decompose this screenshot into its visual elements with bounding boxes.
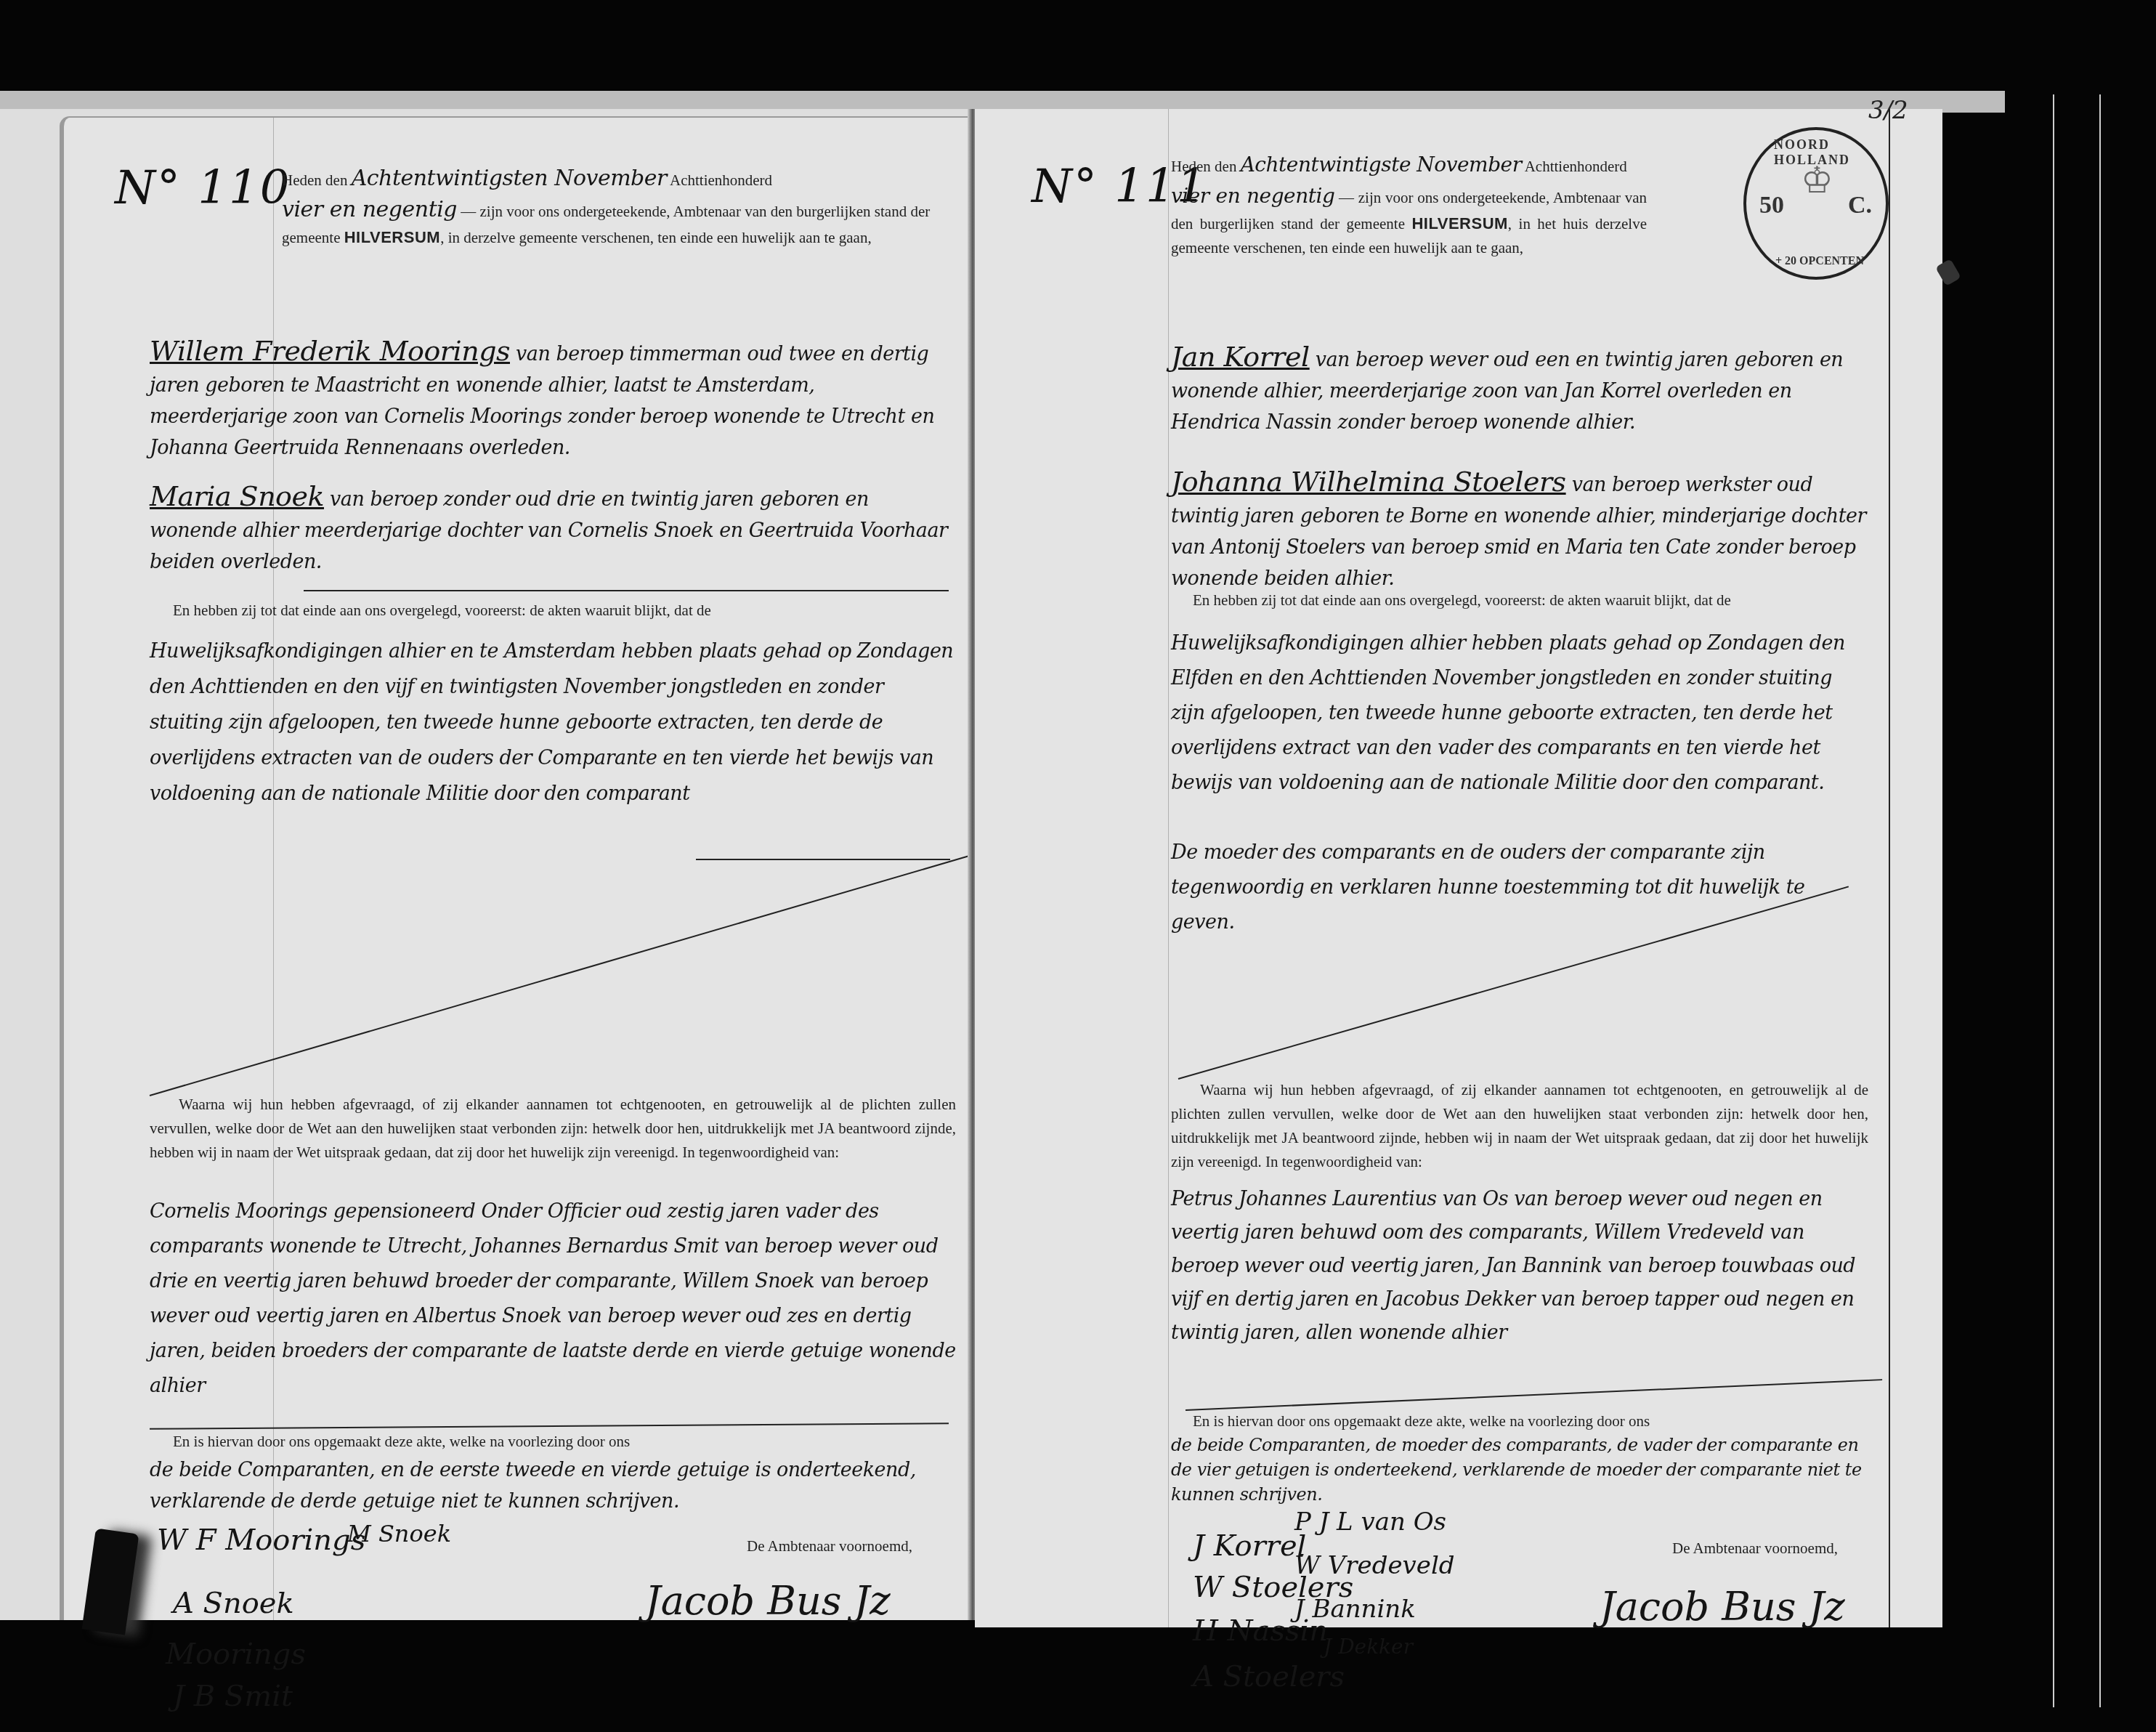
signature-witness-3: J Bannink (1294, 1595, 1416, 1624)
left-page: N° 110 Heden den Achtentwintigsten Novem… (60, 116, 971, 1620)
stamp-value: 50 (1759, 192, 1784, 219)
signature-groom: W F Moorings (157, 1523, 365, 1557)
bride-name: Maria Snoek (150, 480, 324, 512)
year-printed: Achttienhonderd (1525, 158, 1627, 175)
documents-handwritten: Huwelijksafkondigingen alhier en te Amst… (150, 634, 956, 812)
heden-den-label: Heden den (282, 171, 347, 189)
date-handwritten: Achtentwintigsten November (352, 166, 667, 191)
documents-intro: En hebben zij tot dat einde aan ons over… (173, 599, 957, 623)
year-handwritten: vier en negentig (282, 197, 457, 222)
tax-stamp: NOORD HOLLAND 50 C. + 20 OPCENTEN ♔ (1743, 127, 1889, 280)
closing-printed: En is hiervan door ons opgemaakt deze ak… (173, 1430, 957, 1454)
documents-intro: En hebben zij tot dat einde aan ons over… (1193, 588, 1868, 612)
stamp-unit: C. (1848, 192, 1872, 219)
bride-entry: Johanna Wilhelmina Stoelers van beroep w… (1171, 466, 1868, 594)
margin-rule (1168, 109, 1169, 1627)
cancel-line (1186, 1379, 1882, 1411)
municipality-stamp: HILVERSUM (344, 228, 440, 246)
closing-handwritten: de beide Comparanten, de moeder des comp… (1171, 1433, 1868, 1507)
official-signature: Jacob Bus Jz (645, 1578, 891, 1624)
line-filler (696, 859, 950, 860)
vows-text: Waarna wij hun hebben afgevraagd, of zij… (150, 1093, 956, 1165)
documents-handwritten: Huwelijksafkondigingen alhier hebben pla… (1171, 626, 1868, 801)
act-number: N° 110 (115, 161, 291, 215)
municipality-stamp: HILVERSUM (1411, 214, 1507, 232)
signature-witness-3: J B Smit (173, 1680, 293, 1713)
signature-bride-father: A Stoelers (1193, 1660, 1345, 1693)
signature-groom: J Korrel (1193, 1529, 1306, 1563)
folio-number: 3/2 (1868, 96, 1908, 125)
date-handwritten: Achtentwintigste November (1241, 153, 1522, 177)
crown-lion-emblem-icon: ♔ (1801, 159, 1833, 201)
year-handwritten: vier en negentig (1171, 184, 1334, 208)
signature-witness-4: J Dekker (1324, 1635, 1413, 1659)
heden-den-label: Heden den (1171, 158, 1236, 175)
groom-entry: Jan Korrel van beroep wever oud een en t… (1171, 341, 1868, 438)
intro-printed-text: zijn voor ons ondergeteekende, Ambtenaar… (480, 203, 931, 220)
year-printed: Achttienhonderd (670, 171, 772, 189)
line-filler (304, 590, 949, 591)
groom-name: Willem Frederik Moorings (150, 335, 510, 367)
line-filler (150, 1423, 949, 1430)
witnesses-handwritten: Cornelis Moorings gepensioneerd Onder Of… (150, 1194, 956, 1404)
consent-handwritten: De moeder des comparants en de ouders de… (1171, 835, 1868, 940)
signature-witness-2: Moorings (166, 1638, 306, 1671)
witnesses-handwritten: Petrus Johannes Laurentius van Os van be… (1171, 1183, 1868, 1350)
official-signature: Jacob Bus Jz (1600, 1584, 1845, 1630)
signature-witness-1: A Snoek (173, 1587, 294, 1620)
signature-witness-2: W Vredeveld (1294, 1551, 1455, 1580)
bride-name: Johanna Wilhelmina Stoelers (1171, 466, 1566, 498)
stamp-bottom-text: + 20 OPCENTEN (1775, 255, 1864, 268)
bride-entry: Maria Snoek van beroep zonder oud drie e… (150, 481, 956, 578)
groom-name: Jan Korrel (1171, 341, 1310, 373)
closing-printed: En is hiervan door ons opgemaakt deze ak… (1193, 1409, 1868, 1433)
vows-text: Waarna wij hun hebben afgevraagd, of zij… (1171, 1078, 1868, 1174)
scan-edge-line (2099, 94, 2101, 1707)
signature-witness-1: P J L van Os (1294, 1508, 1446, 1537)
gemeente-label: gemeente (282, 229, 340, 246)
right-page: N° 111 Heden den Achtentwintigste Novemb… (975, 109, 1942, 1627)
closing-handwritten: de beide Comparanten, en de eerste tweed… (150, 1454, 956, 1517)
intro-printed-text-2: in derzelve gemeente verschenen, ten ein… (448, 229, 872, 246)
scan-edge-line (2053, 94, 2054, 1707)
official-label: De Ambtenaar voornoemd, (1672, 1537, 1838, 1561)
right-border (1889, 109, 1890, 1627)
official-label: De Ambtenaar voornoemd, (747, 1534, 912, 1558)
signature-bride: M Snoek (347, 1520, 451, 1547)
groom-entry: Willem Frederik Moorings van beroep timm… (150, 336, 956, 464)
